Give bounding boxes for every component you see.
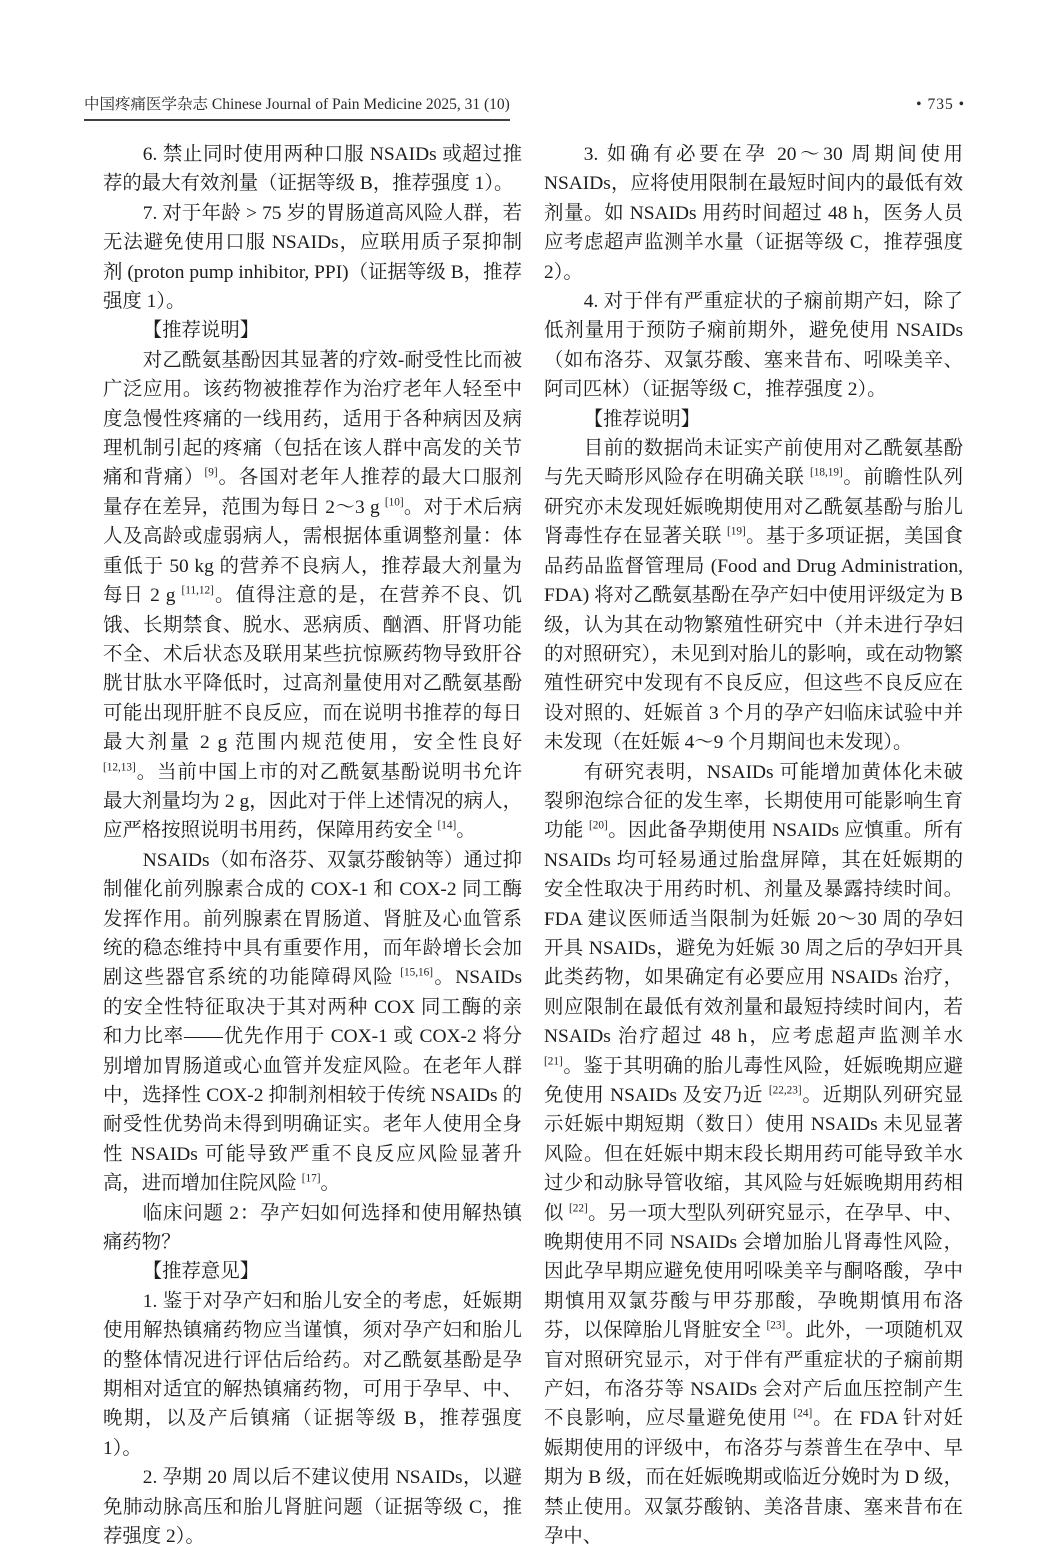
reference-marker: [17] (302, 1173, 321, 1185)
journal-title: 中国疼痛医学杂志 Chinese Journal of Pain Medicin… (84, 92, 510, 121)
reference-marker: [9] (204, 467, 217, 479)
body-paragraph: 对乙酰氨基酚因其显著的疗效-耐受性比而被广泛应用。该药物被推荐作为治疗老年人轻至… (103, 346, 522, 846)
body-paragraph: 有研究表明，NSAIDs 可能增加黄体化未破裂卵泡综合征的发生率，长期使用可能影… (544, 758, 963, 1552)
recommendation-item: 2. 孕期 20 周以后不建议使用 NSAIDs，以避免肺动脉高压和胎儿肾脏问题… (103, 1463, 522, 1551)
body-paragraph: NSAIDs（如布洛芬、双氯芬酸钠等）通过抑制催化前列腺素合成的 COX-1 和… (103, 846, 522, 1199)
journal-page: 中国疼痛医学杂志 Chinese Journal of Pain Medicin… (0, 0, 1050, 1444)
body-paragraph: 目前的数据尚未证实产前使用对乙酰氨基酚与先天畸形风险存在明确关联 [18,19]… (544, 434, 963, 757)
recommendation-item: 4. 对于伴有严重症状的子痫前期产妇，除了低剂量用于预防子痫前期外，避免使用 N… (544, 287, 963, 405)
page-number: • 735 • (916, 96, 965, 114)
reference-marker: [14] (438, 820, 457, 832)
reference-marker: [23] (766, 1320, 785, 1332)
section-heading: 【推荐说明】 (103, 316, 522, 345)
page-header: 中国疼痛医学杂志 Chinese Journal of Pain Medicin… (84, 92, 965, 121)
reference-marker: [12,13] (103, 761, 136, 773)
reference-marker: [22,23] (769, 1085, 802, 1097)
right-column: 3. 如确有必要在孕 20～30 周期间使用 NSAIDs，应将使用限制在最短时… (544, 140, 963, 1552)
recommendation-item: 1. 鉴于对孕产妇和胎儿安全的考虑，妊娠期使用解热镇痛药物应当谨慎，须对孕产妇和… (103, 1287, 522, 1463)
clinical-question: 临床问题 2：孕产妇如何选择和使用解热镇痛药物？ (103, 1199, 522, 1258)
reference-marker: [21] (544, 1055, 563, 1067)
reference-marker: [18,19] (810, 467, 843, 479)
reference-marker: [15,16] (400, 967, 433, 979)
reference-marker: [24] (793, 1408, 812, 1420)
reference-marker: [11,12] (181, 585, 213, 597)
reference-marker: [22] (569, 1202, 588, 1214)
reference-marker: [19] (727, 526, 746, 538)
section-heading: 【推荐说明】 (544, 405, 963, 434)
recommendation-item: 7. 对于年龄 > 75 岁的胃肠道高风险人群，若无法避免使用口服 NSAIDs… (103, 199, 522, 317)
reference-marker: [20] (589, 820, 608, 832)
section-heading: 【推荐意见】 (103, 1257, 522, 1286)
recommendation-item: 6. 禁止同时使用两种口服 NSAIDs 或超过推荐的最大有效剂量（证据等级 B… (103, 140, 522, 199)
left-column: 6. 禁止同时使用两种口服 NSAIDs 或超过推荐的最大有效剂量（证据等级 B… (103, 140, 522, 1552)
recommendation-item: 3. 如确有必要在孕 20～30 周期间使用 NSAIDs，应将使用限制在最短时… (544, 140, 963, 287)
reference-marker: [10] (385, 496, 404, 508)
